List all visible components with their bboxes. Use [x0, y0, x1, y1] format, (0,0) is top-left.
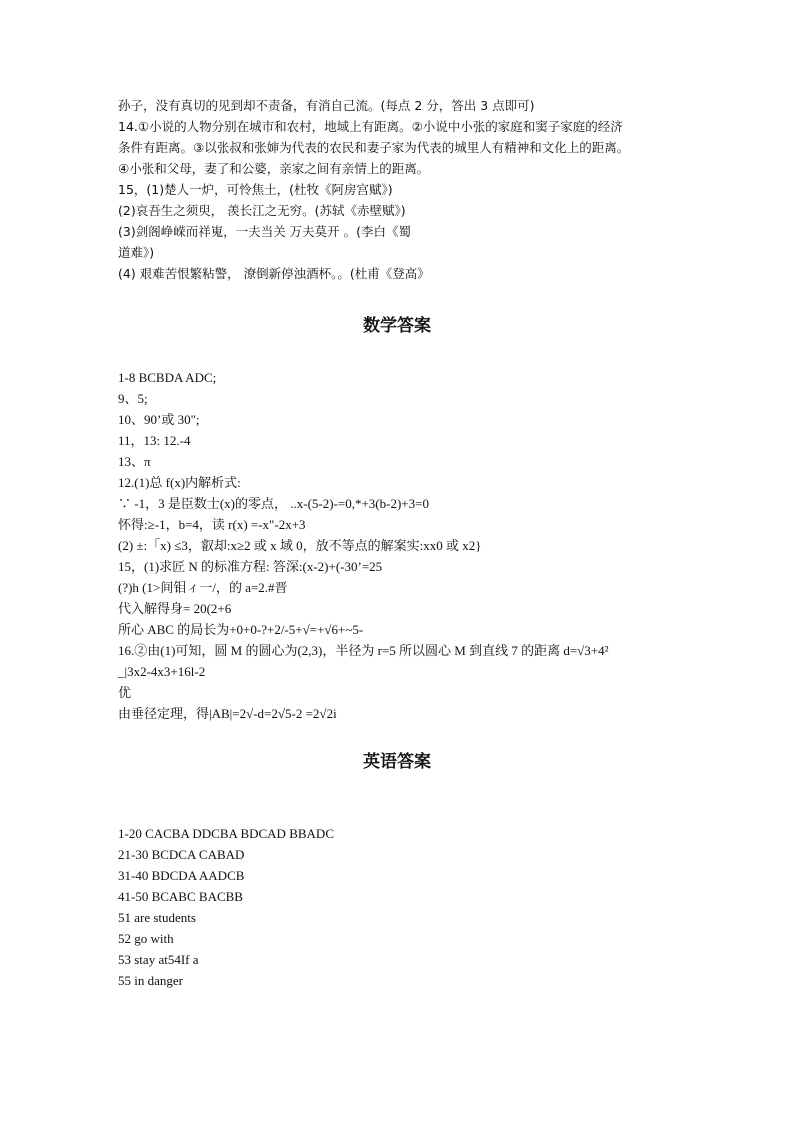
math-answer-line: 9、5;	[118, 391, 148, 407]
math-answer-line: 由垂径定理，得|AB|=2√-d=2√5-2 =2√2i	[118, 706, 337, 722]
english-answer-line: 31-40 BDCDA AADCB	[118, 868, 244, 884]
english-answer-line: 41-50 BCABC BACBB	[118, 889, 243, 905]
document-page: 孙子，没有真切的见到却不责备，有消自己流。(每点 2 分，答出 3 点即可) 1…	[0, 0, 794, 1122]
english-answer-line: 52 go with	[118, 931, 174, 947]
math-section-heading: 数学答案	[0, 316, 794, 336]
chinese-answer-line: 道难》)	[118, 245, 154, 261]
english-answer-line: 51 are students	[118, 910, 196, 926]
math-answer-line: 10、90’或 30";	[118, 412, 200, 428]
math-answer-line: 1-8 BCBDA ADC;	[118, 370, 216, 386]
math-answer-line: 13、π	[118, 454, 151, 470]
english-answer-line: 21-30 BCDCA CABAD	[118, 847, 244, 863]
math-answer-line: 怀得:≥-1，b=4，读 r(x) =-x"-2x+3	[118, 517, 306, 533]
math-answer-line: (?)h (1>间钼ィ一/，的 a=2.#晋	[118, 580, 288, 596]
math-answer-line: 所心 ABC 的局长为+0+0-?+2/-5+√=+√6+~5-	[118, 622, 363, 638]
chinese-answer-line: (4) 艰难苦恨繁粘警， 潦倒新停浊酒杯。。(杜甫《登高》	[118, 266, 430, 282]
math-answer-line: _|3x2-4x3+16l-2	[118, 664, 205, 680]
chinese-answer-line: 孙子，没有真切的见到却不责备，有消自己流。(每点 2 分，答出 3 点即可)	[118, 98, 535, 114]
english-answer-line: 1-20 CACBA DDCBA BDCAD BBADC	[118, 826, 334, 842]
chinese-answer-line: 14.①小说的人物分别在城市和农村，地域上有距离。②小说中小张的家庭和窦子家庭的…	[118, 119, 623, 135]
chinese-answer-line: (3)剑阁峥嵘而祥嵬，一夫当关 万夫莫开 。(李白《蜀	[118, 224, 411, 240]
math-answer-line: (2) ±:「x) ≤3，叡却:x≥2 或 x 域 0，放不等点的解案实:xx0…	[118, 538, 481, 554]
english-answer-line: 53 stay at54If a	[118, 952, 199, 968]
math-answer-line: 11，13: 12.-4	[118, 433, 190, 449]
english-section-heading: 英语答案	[0, 752, 794, 772]
chinese-answer-line: 15，(1)楚人一炉，可怜焦土，(杜牧《阿房宫赋》)	[118, 182, 393, 198]
chinese-answer-line: 条件有距离。③以张叔和张婶为代表的农民和妻子家为代表的城里人有精神和文化上的距离…	[118, 140, 629, 156]
math-answer-line: 代入解得身= 20(2+6	[118, 601, 231, 617]
math-answer-line: 优	[118, 685, 131, 701]
chinese-answer-line: ④小张和父母，妻了和公婆，亲家之间有亲情上的距离。	[118, 161, 429, 177]
chinese-answer-line: (2)哀吾生之须臾， 羡长江之无穷。(苏轼《赤壁赋》)	[118, 203, 406, 219]
math-answer-line: ∵ -1，3 是臣数士(x)的零点， ..x-(5-2)-=0,*+3(b-2)…	[118, 496, 429, 512]
math-answer-line: 15，(1)求匠 N 的标准方程: 答深:(x-2)+(-30’=25	[118, 559, 382, 575]
math-answer-line: 16.②由(1)可知，圆 M 的圆心为(2,3)，半径为 r=5 所以圆心 M …	[118, 643, 609, 659]
math-answer-line: 12.(1)总 f(x)内解析式:	[118, 475, 241, 491]
english-answer-line: 55 in danger	[118, 973, 183, 989]
